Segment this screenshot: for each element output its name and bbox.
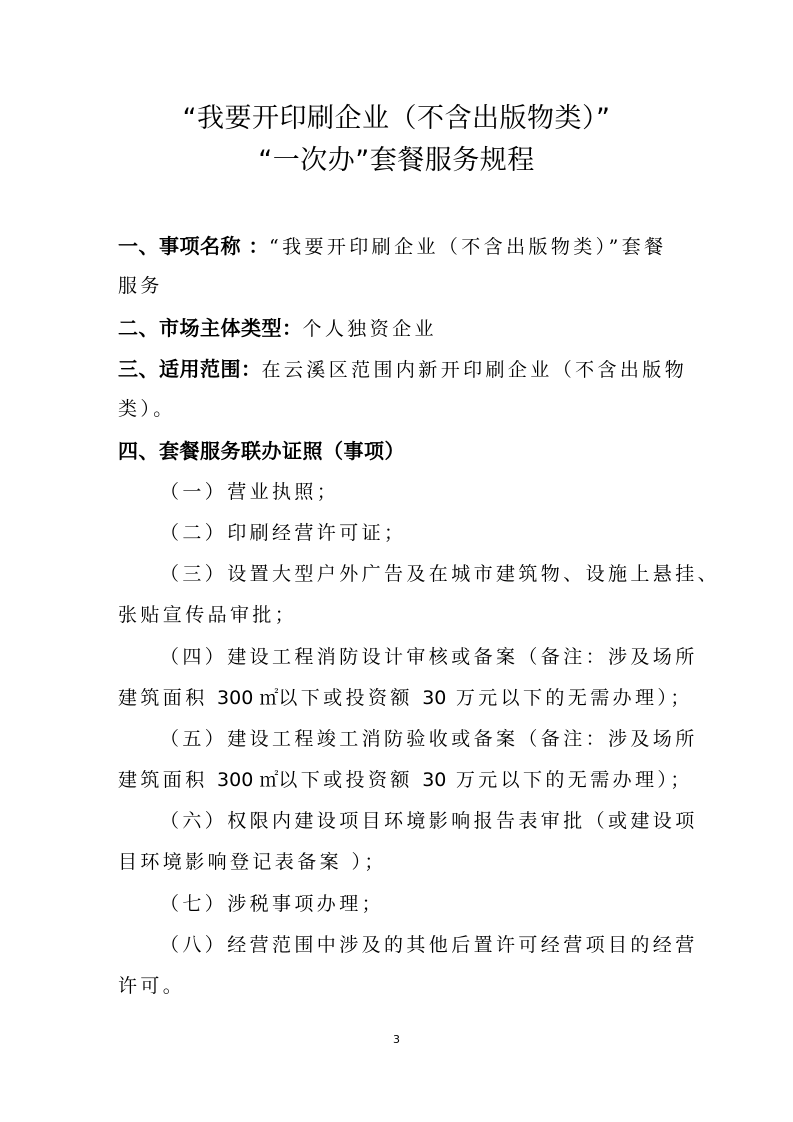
investment-value: 30 [422,687,446,709]
section-bundled-licenses: 四、套餐服务联办证照（事项） [118,441,678,462]
list-item-8-continued: 许可。 [118,977,678,996]
document-page: “我要开印刷企业（不含出版物类）” “一次办”套餐服务规程 一、事项名称 ：“我… [0,0,793,1122]
section-heading: 四、套餐服务联办证照（事项） [118,439,405,463]
section-scope: 三、适用范围：在云溪区范围内新开印刷企业（不含出版物 [118,359,678,380]
text-fragment: 万元以下的无需办理）； [446,687,692,709]
text-fragment: 万元以下的无需办理）； [446,769,692,791]
section-scope-continued: 类）。 [118,400,678,419]
text-fragment: 建筑面积 [118,687,217,709]
text-fragment: 以下或投资额 [278,687,422,709]
section-heading: 一、事项名称 ： [118,234,269,258]
list-item-6-continued: 目环境影响登记表备案 ）； [118,853,678,872]
list-item-4-continued: 建筑面积 300 ㎡以下或投资额 30 万元以下的无需办理）； [118,689,678,708]
section-heading: 二、市场主体类型： [118,316,303,340]
list-item-4: （四）建设工程消防设计审核或备案（备注：涉及场所 [160,648,720,667]
list-item-8: （八）经营范围中涉及的其他后置许可经营项目的经营 [160,936,720,955]
section-item-name-continued: 服务 [118,277,678,296]
list-item-3-continued: 张贴宣传品审批； [118,606,678,625]
section-market-entity-type: 二、市场主体类型：个人独资企业 [118,318,678,339]
list-item-2: （二）印刷经营许可证； [160,524,720,543]
list-item-5-continued: 建筑面积 300 ㎡以下或投资额 30 万元以下的无需办理）； [118,771,678,790]
list-item-5: （五）建设工程竣工消防验收或备案（备注：涉及场所 [160,730,720,749]
investment-value: 30 [422,769,446,791]
section-text: “我要开印刷企业（不含出版物类）”套餐 [269,236,667,258]
document-title-line-2: “一次办”套餐服务规程 [0,147,793,174]
document-title-line-1: “我要开印刷企业（不含出版物类）” [0,105,793,132]
section-item-name: 一、事项名称 ：“我要开印刷企业（不含出版物类）”套餐 [118,236,678,257]
list-item-3: （三）设置大型户外广告及在城市建筑物、设施上悬挂、 [160,565,720,584]
section-text: 个人独资企业 [303,318,437,340]
area-value: 300 ㎡ [217,769,278,791]
text-fragment: 建筑面积 [118,769,217,791]
list-item-6: （六）权限内建设项目环境影响报告表审批（或建设项 [160,812,720,831]
list-item-7: （七）涉税事项办理； [160,895,720,914]
text-fragment: 以下或投资额 [278,769,422,791]
list-item-1: （一）营业执照； [160,483,720,502]
section-text: 在云溪区范围内新开印刷企业（不含出版物 [262,359,688,381]
area-value: 300 ㎡ [217,687,278,709]
page-number: 3 [0,1033,793,1046]
section-heading: 三、适用范围： [118,357,262,381]
